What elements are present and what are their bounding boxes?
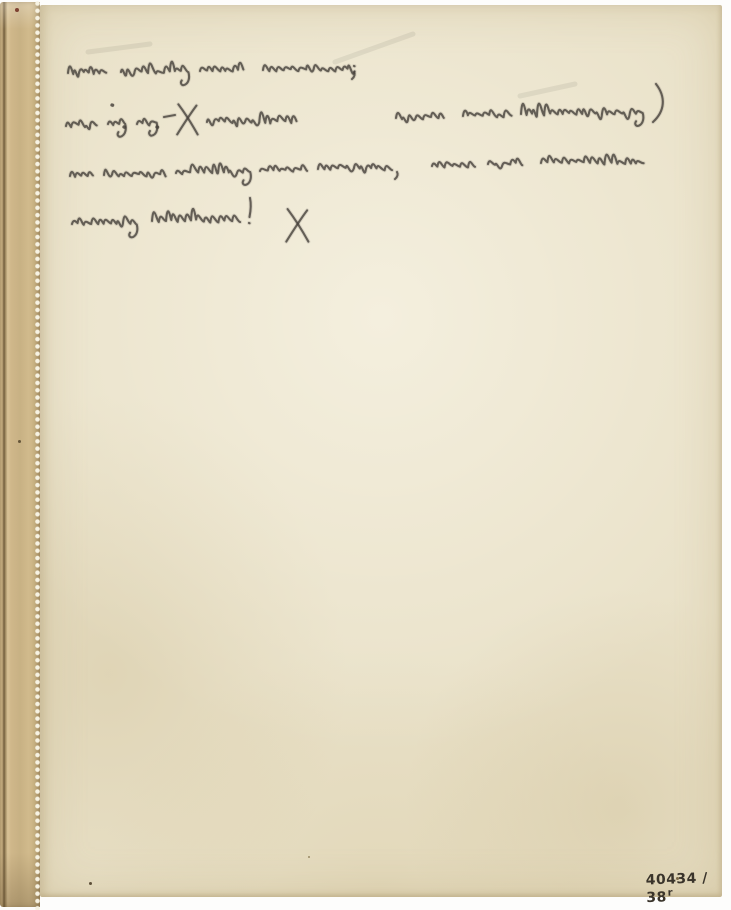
binding-stub [0, 2, 40, 907]
manuscript-page [40, 5, 722, 897]
folio-number-text: 40434 / 38 [645, 870, 708, 906]
folio-recto-suffix: r [667, 888, 673, 899]
folio-number: 40434 / 38r [645, 870, 731, 907]
manuscript-scan: 40434 / 38r [0, 0, 731, 910]
